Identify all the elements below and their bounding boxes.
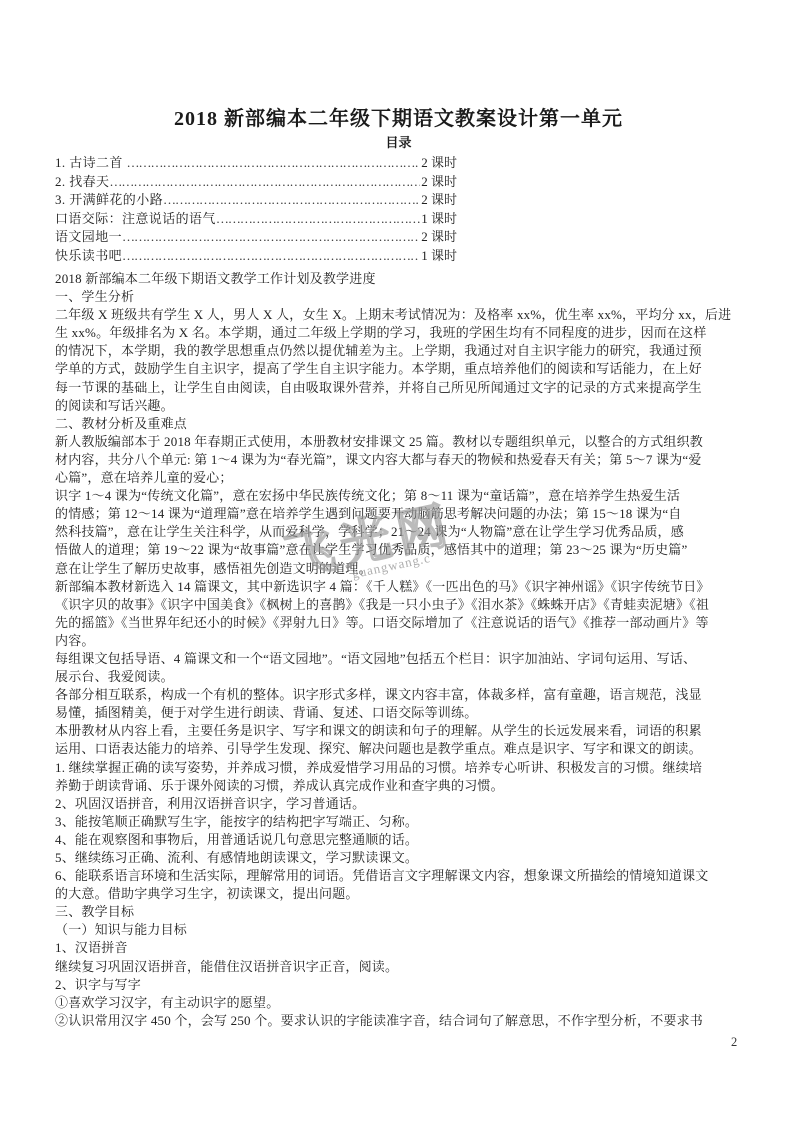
body-line: （一）知识与能力目标 <box>55 921 742 939</box>
body-line: 每组课文包括导语、4 篇课文和一个“语文园地”。“语文园地”包括五个栏目：识字加… <box>55 650 742 668</box>
document-title: 2018 新部编本二年级下期语文教案设计第一单元 <box>55 106 742 132</box>
body-line: ②认识常用汉字 450 个，会写 250 个。要求认识的字能读准字音，结合词句了… <box>55 1012 742 1030</box>
toc-leader-dots: ……………………………………………………………………………………………… <box>163 191 420 210</box>
body-line: 1. 继续掌握正确的读写姿势，并养成习惯，养成爱惜学习用品的习惯。培养专心听讲、… <box>55 759 742 777</box>
toc-entry-label: 1. 古诗二首 <box>55 154 126 173</box>
toc-entry-label: 3. 开满鲜花的小路 <box>55 191 163 210</box>
body-line: 的情感；第 12～14 课为“道理篇”意在培养学生遇到问题要开动脑筋思考解决问题… <box>55 505 742 523</box>
body-line: 新部编本教材新选入 14 篇课文，其中新选识字 4 篇：《千人糕》《一匹出色的马… <box>55 578 742 596</box>
toc-entry-hours: 1 课时 <box>420 210 457 229</box>
body-line: 4、能在观察图和事物后，用普通话说几句意思完整通顺的话。 <box>55 831 742 849</box>
body-line: 材内容，共分八个单元: 第 1～4 课为为“春光篇”，课文内容大都与春天的物候和… <box>55 451 742 469</box>
body-line: 2018 新部编本二年级下期语文教学工作计划及教学进度 <box>55 270 742 288</box>
body-line: 意在让学生了解历史故事，感悟祖先创造文明的道理。 <box>55 560 742 578</box>
body-line: 识字 1～4 课为“传统文化篇”，意在宏扬中华民族传统文化；第 8～11 课为“… <box>55 487 742 505</box>
toc-entry: 快乐读书吧 …………………………………………………………………………………………… <box>55 247 457 266</box>
body-line: 养勤于朗读背诵、乐于课外阅读的习惯，养成认真完成作业和查字典的习惯。 <box>55 777 742 795</box>
toc-leader-dots: ……………………………………………………………………………………………… <box>109 173 420 192</box>
toc-leader-dots: ……………………………………………………………………………………………… <box>122 247 420 266</box>
body-line: 新人教版编部本于 2018 年春期正式使用，本册教材安排课文 25 篇。教材以专… <box>55 433 742 451</box>
toc-leader-dots: ……………………………………………………………………………………………… <box>126 154 420 173</box>
body-line: 各部分相互联系，构成一个有机的整体。识字形式多样，课文内容丰富，体裁多样，富有童… <box>55 686 742 704</box>
toc-entry-hours: 2 课时 <box>420 173 457 192</box>
toc-entry-hours: 2 课时 <box>420 228 457 247</box>
body-line: 二、教材分析及重难点 <box>55 415 742 433</box>
body-line: 内容。 <box>55 632 742 650</box>
body-line: 一、学生分析 <box>55 288 742 306</box>
body-line: 学单的方式，鼓励学生自主识字，提高了学生自主识字能力。本学期，重点培养他们的阅读… <box>55 360 742 378</box>
toc-leader-dots: ……………………………………………………………………………………………… <box>216 210 420 229</box>
body-line: 2、巩固汉语拼音，利用汉语拼音识字，学习普通话。 <box>55 795 742 813</box>
body-line: ①喜欢学习汉字，有主动识字的愿望。 <box>55 994 742 1012</box>
toc-entry: 口语交际：注意说话的语气 ………………………………………………………………………… <box>55 210 457 229</box>
body-line: 6、能联系语言环境和生活实际，理解常用的词语。凭借语言文字理解课文内容，想象课文… <box>55 867 742 885</box>
body-line: 三、教学目标 <box>55 903 742 921</box>
toc-entry-hours: 2 课时 <box>420 154 457 173</box>
body-line: 5、继续练习正确、流利、有感情地朗读课文，学习默读课文。 <box>55 849 742 867</box>
toc-entry-label: 2. 找春天 <box>55 173 109 192</box>
body-line: 二年级 X 班级共有学生 X 人，男人 X 人，女生 X。上期末考试情况为：及格… <box>55 306 742 324</box>
toc-entry-label: 口语交际：注意说话的语气 <box>55 210 216 229</box>
toc-entry: 2. 找春天 ………………………………………………………………………………………… <box>55 173 457 192</box>
toc-entry-hours: 1 课时 <box>420 247 457 266</box>
page-number: 2 <box>731 1035 737 1050</box>
body-line: 生 xx%。年级排名为 X 名。本学期，通过二年级上学期的学习，我班的学困生均有… <box>55 324 742 342</box>
toc-leader-dots: ……………………………………………………………………………………………… <box>122 228 420 247</box>
toc-heading: 目录 <box>55 135 742 151</box>
toc-entry-label: 快乐读书吧 <box>55 247 122 266</box>
body-line: 展示台、我爱阅读。 <box>55 668 742 686</box>
body-line: 悟做人的道理；第 19～22 课为“故事篇”意在让学生学习优秀品质，感悟其中的道… <box>55 541 742 559</box>
document-content: 2018 新部编本二年级下期语文教案设计第一单元 目录 1. 古诗二首 …………… <box>55 106 742 1030</box>
body-line: 心篇”，意在培养儿童的爱心； <box>55 469 742 487</box>
toc-entry-hours: 2 课时 <box>420 191 457 210</box>
body-line: 1、汉语拼音 <box>55 939 742 957</box>
body-line: 继续复习巩固汉语拼音，能借住汉语拼音识字正音，阅读。 <box>55 958 742 976</box>
body-line: 易懂，插图精美，便于对学生进行朗读、背诵、复述、口语交际等训练。 <box>55 704 742 722</box>
toc-entry: 语文园地一 …………………………………………………………………………………………… <box>55 228 457 247</box>
toc-entry: 1. 古诗二首 ……………………………………………………………………………………… <box>55 154 457 173</box>
body-line: 2、识字与写字 <box>55 976 742 994</box>
body-line: 每一节课的基础上，让学生自由阅读，自由吸取课外营养，并将自己所见所闻通过文字的记… <box>55 379 742 397</box>
toc-entry-label: 语文园地一 <box>55 228 122 247</box>
body-line: 然科技篇”，意在让学生关注科学，从而爱科学，学科学；21～24 课为“人物篇”意… <box>55 523 742 541</box>
body-line: 的阅读和写话兴趣。 <box>55 397 742 415</box>
body-line: 《识字贝的故事》《识字中国美食》《枫树上的喜鹊》《我是一只小虫子》《泪水茶》《蛛… <box>55 596 742 614</box>
document-page: 2018 新部编本二年级下期语文教案设计第一单元 目录 1. 古诗二首 …………… <box>0 0 793 1122</box>
toc-entry: 3. 开满鲜花的小路 ……………………………………………………………………………… <box>55 191 457 210</box>
body-line: 3、能按笔顺正确默写生字，能按字的结构把字写端正、匀称。 <box>55 813 742 831</box>
table-of-contents: 1. 古诗二首 ……………………………………………………………………………………… <box>55 154 457 265</box>
body-line: 的大意。借助字典学习生字，初读课文，提出问题。 <box>55 885 742 903</box>
body-line: 本册教材从内容上看，主要任务是识字、写字和课文的朗读和句子的理解。从学生的长远发… <box>55 722 742 740</box>
body-line: 运用、口语表达能力的培养、引导学生发现、探究、解决问题也是教学重点。难点是识字、… <box>55 740 742 758</box>
body-line: 的情况下，本学期，我的教学思想重点仍然以提优辅差为主。上学期，我通过对自主识字能… <box>55 342 742 360</box>
body-line: 先的摇篮》《当世界年纪还小的时候》《羿射九日》等。口语交际增加了《注意说话的语气… <box>55 614 742 632</box>
document-body: 2018 新部编本二年级下期语文教学工作计划及教学进度 一、学生分析 二年级 X… <box>55 270 742 1030</box>
